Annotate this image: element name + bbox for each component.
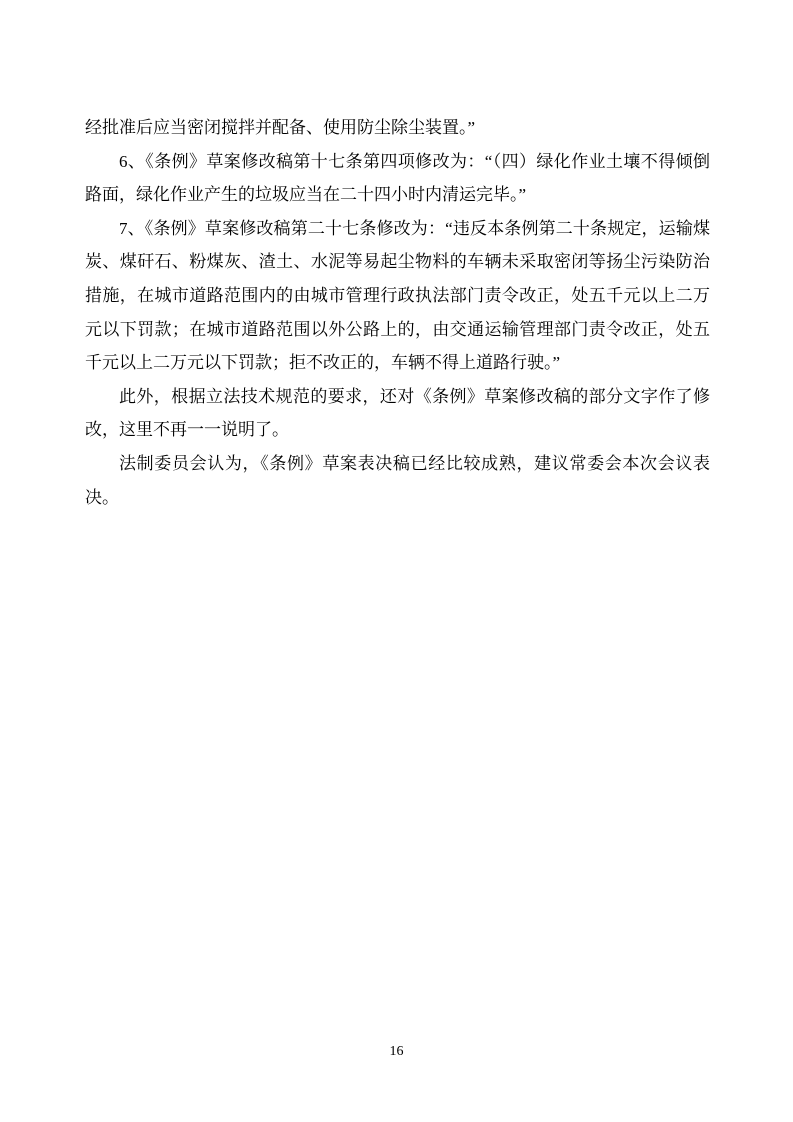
paragraph: 此外，根据立法技术规范的要求，还对《条例》草案修改稿的部分文字作了修改，这里不再… (85, 380, 710, 447)
paragraph: 法制委员会认为，《条例》草案表决稿已经比较成熟，建议常委会本次会议表决。 (85, 447, 710, 514)
paragraph: 6、《条例》草案修改稿第十七条第四项修改为：“（四）绿化作业土壤不得倾倒路面，绿… (85, 145, 710, 212)
document-text-block: 经批准后应当密闭搅拌并配备、使用防尘除尘装置。”6、《条例》草案修改稿第十七条第… (85, 111, 710, 514)
paragraph: 经批准后应当密闭搅拌并配备、使用防尘除尘装置。” (85, 111, 710, 145)
page-number: 16 (0, 1044, 793, 1060)
paragraph: 7、《条例》草案修改稿第二十七条修改为：“违反本条例第二十条规定，运输煤炭、煤矸… (85, 212, 710, 380)
document-page: 经批准后应当密闭搅拌并配备、使用防尘除尘装置。”6、《条例》草案修改稿第十七条第… (0, 0, 793, 1122)
